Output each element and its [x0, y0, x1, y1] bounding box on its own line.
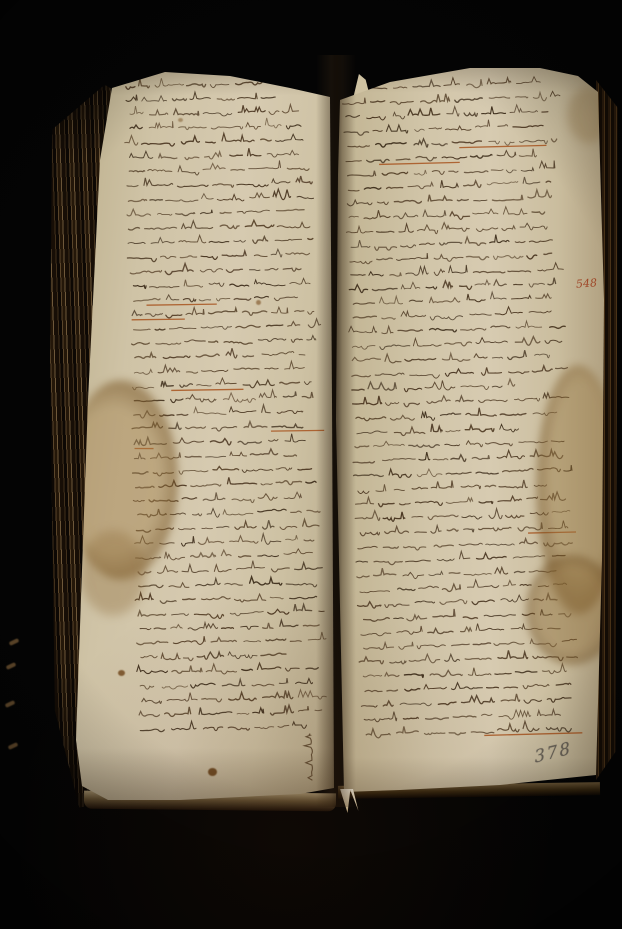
ink-spot	[178, 118, 183, 122]
vertical-catchword	[60, 58, 335, 808]
fore-edge-ink-mark	[8, 742, 19, 750]
photograph-background: 376 548 378	[0, 0, 622, 929]
ink-spot	[256, 300, 261, 305]
manuscript-page-left	[60, 58, 335, 808]
margin-number: 548	[576, 276, 598, 290]
ink-spot	[208, 768, 217, 776]
fore-edge-ink-mark	[5, 700, 16, 708]
folio-number: 376	[551, 59, 576, 75]
handwritten-text-right	[330, 55, 622, 810]
manuscript-page-right: 376 548 378	[330, 55, 622, 810]
fore-edge-ink-mark	[6, 662, 17, 670]
fore-edge-ink-mark	[9, 638, 20, 646]
ink-spot	[118, 670, 125, 676]
